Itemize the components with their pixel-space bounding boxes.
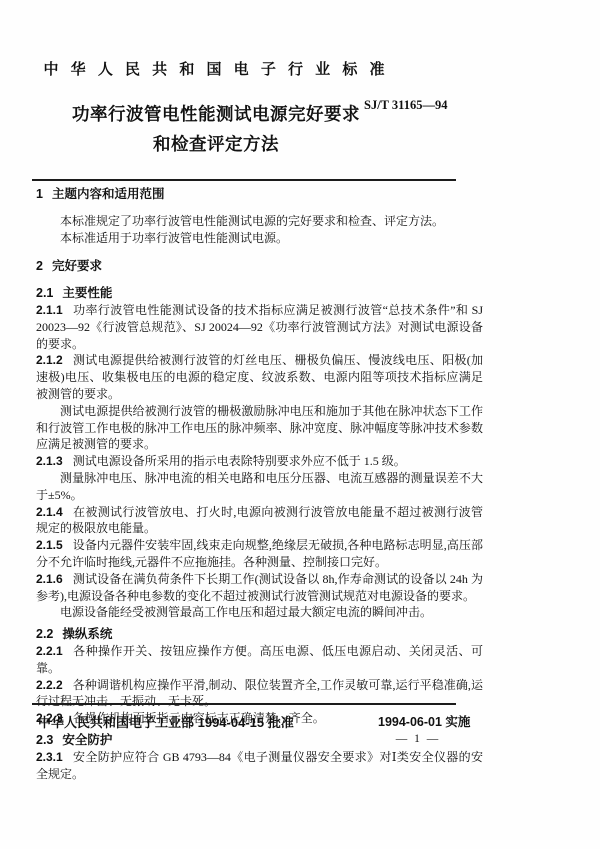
paragraph: 测量脉冲电压、脉冲电流的相关电路和电压分压器、电流互感器的测量误差不大于±5%。: [36, 470, 483, 504]
section-heading-2: 2完好要求: [36, 258, 483, 275]
footer-approval: 中华人民共和国电子工业部 1994-04-15 批准: [38, 712, 294, 731]
clause-2-1-6: 2.1.6测试设备在满负荷条件下长期工作(测试设备以 8h,作寿命测试的设备以 …: [36, 571, 483, 605]
clause-2-2-1: 2.2.1各种操作开关、按钮应操作方便。高压电源、低压电源启动、关闭灵活、可靠。: [36, 643, 483, 677]
subsection-heading-2-2: 2.2操纵系统: [36, 626, 483, 643]
header-divider-rule: [32, 179, 456, 181]
section-heading-text: 主题内容和适用范围: [52, 187, 165, 201]
section-number: 1: [36, 187, 43, 201]
clause-text: 安全防护应符合 GB 4793—84《电子测量仪器安全要求》对Ⅰ类安全仪器的安全…: [36, 750, 483, 781]
clause-2-1-4: 2.1.4在被测试行波管放电、打火时,电源向被测行波管放电能量不超过被测行波管规…: [36, 504, 483, 538]
clause-2-1-3: 2.1.3测试电源设备所采用的指示电表除特别要求外应不低于 1.5 级。: [36, 453, 483, 470]
section-number: 2: [36, 259, 43, 273]
subsection-number: 2.2: [36, 627, 53, 641]
paragraph: 测试电源提供给被测行波管的栅极激励脉冲电压和施加于其他在脉冲状态下工作和行波管工…: [36, 403, 483, 453]
subsection-number: 2.3: [36, 733, 53, 747]
standard-title-line2: 和检查评定方法: [0, 129, 432, 159]
clause-2-1-1: 2.1.1功率行波管电性能测试设备的技术指标应满足被测行波管“总技术条件”和 S…: [36, 302, 483, 352]
standard-org-line: 中 华 人 民 共 和 国 电 子 行 业 标 准: [0, 58, 432, 79]
clause-2-2-2: 2.2.2各种调谐机构应操作平滑,制动、限位装置齐全,工作灵敏可靠,运行平稳准确…: [36, 677, 483, 711]
clause-number: 2.1.3: [36, 454, 63, 468]
clause-text: 测试电源设备所采用的指示电表除特别要求外应不低于 1.5 级。: [73, 454, 406, 468]
clause-text: 功率行波管电性能测试设备的技术指标应满足被测行波管“总技术条件”和 SJ 200…: [36, 303, 483, 351]
clause-text: 测试设备在满负荷条件下长期工作(测试设备以 8h,作寿命测试的设备以 24h 为…: [36, 572, 483, 603]
clause-number: 2.1.1: [36, 303, 63, 317]
section-heading-text: 完好要求: [52, 259, 102, 273]
subsection-heading-text: 安全防护: [62, 733, 112, 747]
clause-number: 2.2.1: [36, 644, 63, 658]
standard-number: SJ/T 31165—94: [364, 98, 447, 113]
subsection-number: 2.1: [36, 286, 53, 300]
clause-number: 2.1.6: [36, 572, 63, 586]
paragraph: 本标准适用于功率行波管电性能测试电源。: [36, 230, 483, 247]
clause-number: 2.1.5: [36, 538, 63, 552]
standard-document-page: 中 华 人 民 共 和 国 电 子 行 业 标 准 功率行波管电性能测试电源完好…: [0, 0, 600, 849]
clause-text: 在被测试行波管放电、打火时,电源向被测行波管放电能量不超过被测行波管规定的极限放…: [36, 505, 483, 536]
clause-number: 2.2.2: [36, 678, 63, 692]
document-body: 1主题内容和适用范围 本标准规定了功率行波管电性能测试电源的完好要求和检查、评定…: [36, 186, 483, 782]
clause-2-1-2: 2.1.2测试电源提供给被测行波管的灯丝电压、栅极负偏压、慢波线电压、阳极(加速…: [36, 352, 483, 402]
clause-2-1-5: 2.1.5设备内元器件安装牢固,线束走向规整,绝缘层无破损,各种电路标志明显,高…: [36, 537, 483, 571]
paragraph: 电源设备能经受被测管最高工作电压和超过最大额定电流的瞬间冲击。: [36, 604, 483, 621]
page-number: — 1 —: [390, 733, 446, 745]
subsection-heading-2-1: 2.1主要性能: [36, 285, 483, 302]
clause-number: 2.1.4: [36, 505, 63, 519]
clause-text: 测试电源提供给被测行波管的灯丝电压、栅极负偏压、慢波线电压、阳极(加速极)电压、…: [36, 353, 483, 401]
clause-2-3-1: 2.3.1安全防护应符合 GB 4793—84《电子测量仪器安全要求》对Ⅰ类安全…: [36, 749, 483, 783]
subsection-heading-text: 操纵系统: [62, 627, 112, 641]
footer-implementation-date: 1994-06-01 实施: [378, 712, 470, 730]
clause-text: 各种操作开关、按钮应操作方便。高压电源、低压电源启动、关闭灵活、可靠。: [36, 644, 483, 675]
clause-number: 2.3.1: [36, 750, 63, 764]
clause-number: 2.1.2: [36, 353, 63, 367]
subsection-heading-text: 主要性能: [62, 286, 112, 300]
footer-divider-rule: [32, 703, 456, 705]
clause-text: 设备内元器件安装牢固,线束走向规整,绝缘层无破损,各种电路标志明显,高压部分不允…: [36, 538, 483, 569]
paragraph: 本标准规定了功率行波管电性能测试电源的完好要求和检查、评定方法。: [36, 213, 483, 230]
section-heading-1: 1主题内容和适用范围: [36, 186, 483, 203]
